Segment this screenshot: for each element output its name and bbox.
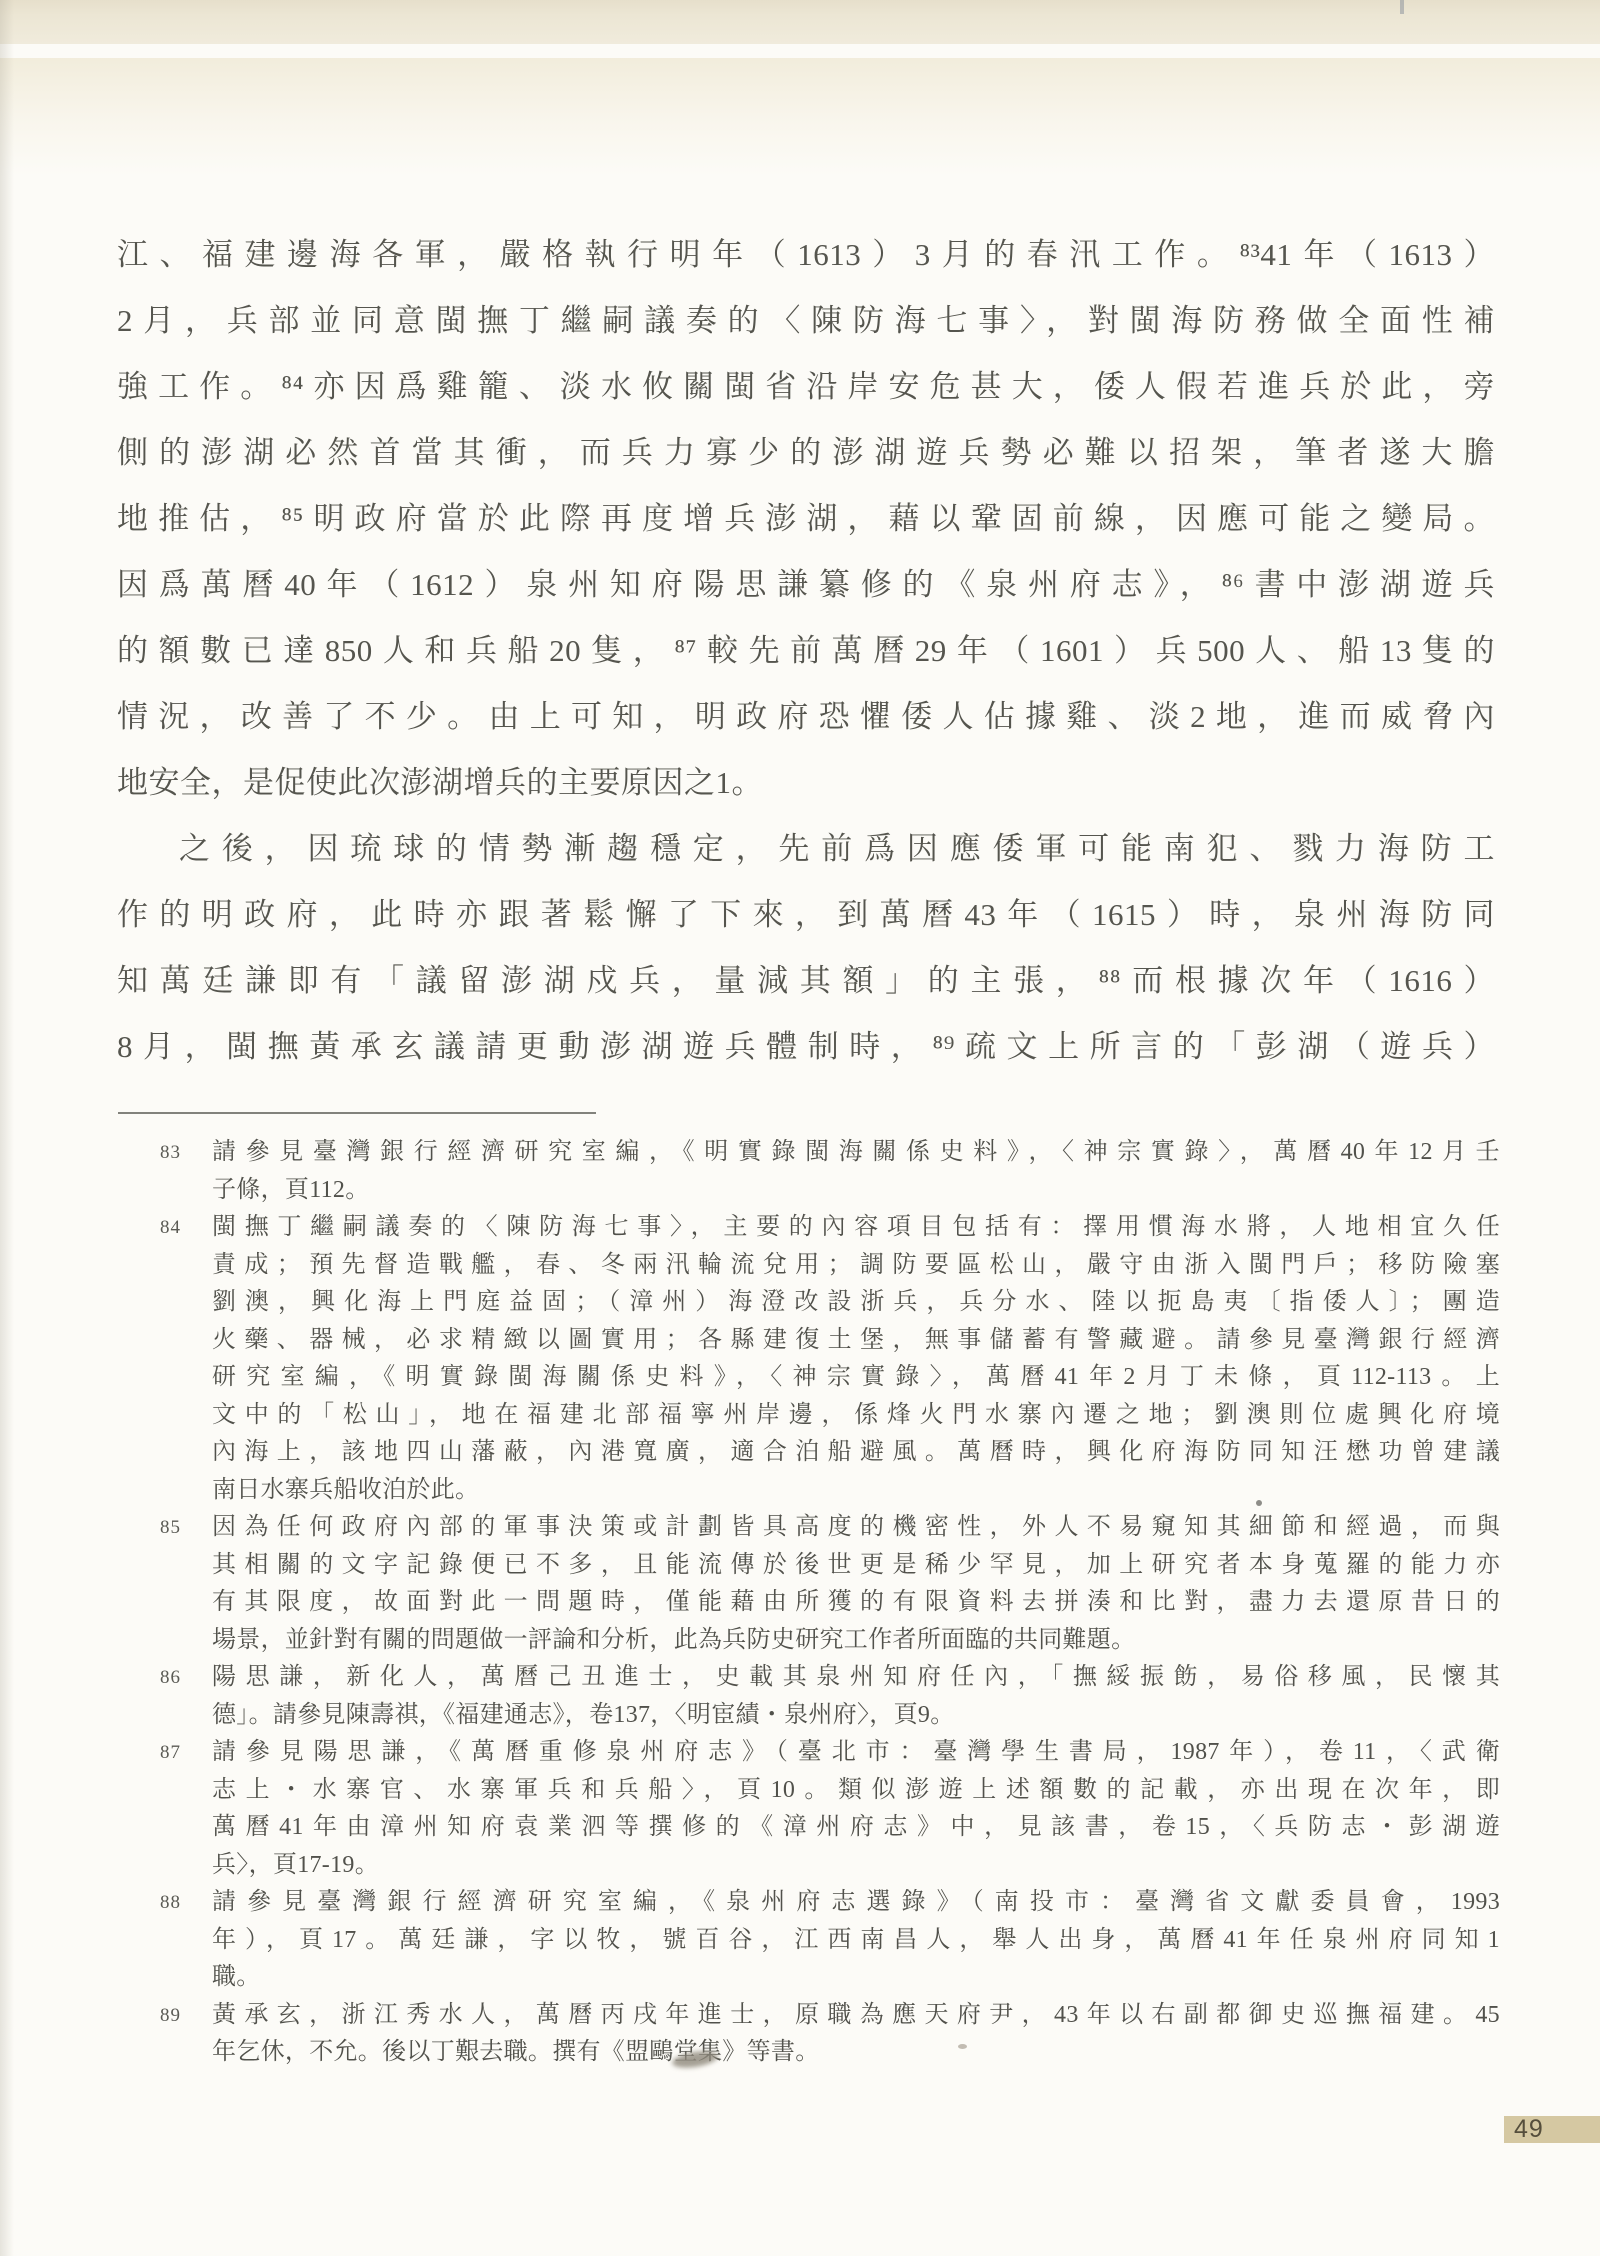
main-text-line: 知萬廷謙即有「議留澎湖戍兵，量減其額」的主張，⁸⁸而根據次年（1616） — [117, 948, 1495, 1014]
footnote-line: 責成；預先督造戰艦，春、冬兩汛輪流兌用；調防要區松山，嚴守由浙入閩門戶；移防險塞 — [212, 1247, 1500, 1285]
footnote-line: 子條，頁112。 — [212, 1172, 1500, 1210]
footnote-line: 請參見臺灣銀行經濟研究室編，《泉州府志選錄》（南投市：臺灣省文獻委員會，1993 — [212, 1884, 1500, 1922]
footnote-text: 閩撫丁繼嗣議奏的〈陳防海七事〉，主要的內容項目包括有：擇用慣海水將，人地相宜久任… — [212, 1209, 1500, 1509]
footnote-line: 志上・水寨官、水寨軍兵和兵船〉，頁10。類似澎遊上述額數的記載，亦出現在次年，即 — [212, 1772, 1500, 1810]
footnote-line: 劉澳，興化海上門庭益固；（漳州）海澄改設浙兵，兵分水、陸以扼島夷〔指倭人〕；團造 — [212, 1284, 1500, 1322]
footnote-line: 內海上，該地四山藩蔽，內港寬廣，適合泊船避風。萬曆時，興化府海防同知汪懋功曾建議 — [212, 1434, 1500, 1472]
main-text-line: 的額數已達850人和兵船20隻，⁸⁷較先前萬曆29年（1601）兵500人、船1… — [117, 618, 1495, 684]
scanned-page: 江、福建邊海各軍，嚴格執行明年（1613）3月的春汛工作。⁸³41年（1613）… — [0, 0, 1600, 2256]
footnote-line: 職。 — [212, 1959, 1500, 1997]
footnote-88: 88 請參見臺灣銀行經濟研究室編，《泉州府志選錄》（南投市：臺灣省文獻委員會，1… — [117, 1884, 1500, 1997]
footnote-line: 年），頁17。萬廷謙，字以牧，號百谷，江西南昌人，舉人出身，萬曆41年任泉州府同… — [212, 1922, 1500, 1960]
footnote-line: 閩撫丁繼嗣議奏的〈陳防海七事〉，主要的內容項目包括有：擇用慣海水將，人地相宜久任 — [212, 1209, 1500, 1247]
footnote-number: 86 — [160, 1659, 212, 1734]
footnote-text: 請參見陽思謙，《萬曆重修泉州府志》（臺北市：臺灣學生書局，1987年），卷11，… — [212, 1734, 1500, 1884]
main-text-line: 地安全，是促使此次澎湖增兵的主要原因之1。 — [117, 750, 1495, 816]
footnote-line: 火藥、器械，必求精緻以圖實用；各縣建復土堡，無事儲蓄有警藏避。請參見臺灣銀行經濟 — [212, 1322, 1500, 1360]
footnote-line: 場景，並針對有關的問題做一評論和分析，此為兵防史研究工作者所面臨的共同難題。 — [212, 1622, 1500, 1660]
footnote-86: 86 陽思謙，新化人，萬曆己丑進士，史載其泉州知府任內，「撫綏振飭，易俗移風，民… — [117, 1659, 1500, 1734]
footnotes: 83 請參見臺灣銀行經濟研究室編，《明實錄閩海關係史料》，〈神宗實錄〉，萬曆40… — [117, 1134, 1500, 2072]
footnote-line: 南日水寨兵船收泊於此。 — [212, 1472, 1500, 1510]
footnote-text: 陽思謙，新化人，萬曆己丑進士，史載其泉州知府任內，「撫綏振飭，易俗移風，民懷其 … — [212, 1659, 1500, 1734]
footnote-number: 87 — [160, 1734, 212, 1884]
footnote-text: 請參見臺灣銀行經濟研究室編，《明實錄閩海關係史料》，〈神宗實錄〉，萬曆40年12… — [212, 1134, 1500, 1209]
footnote-number: 88 — [160, 1884, 212, 1997]
footnote-line: 陽思謙，新化人，萬曆己丑進士，史載其泉州知府任內，「撫綏振飭，易俗移風，民懷其 — [212, 1659, 1500, 1697]
footnote-line: 萬曆41年由漳州知府袁業泗等撰修的《漳州府志》中，見該書，卷15，〈兵防志・彭湖… — [212, 1809, 1500, 1847]
footnote-85: 85 因為任何政府內部的軍事決策或計劃皆具高度的機密性，外人不易窺知其細節和經過… — [117, 1509, 1500, 1659]
main-text-line: 8月，閩撫黃承玄議請更動澎湖遊兵體制時，⁸⁹疏文上所言的「彭湖（遊兵） — [117, 1014, 1495, 1080]
footnote-line: 因為任何政府內部的軍事決策或計劃皆具高度的機密性，外人不易窺知其細節和經過，而與 — [212, 1509, 1500, 1547]
scan-speck — [958, 2044, 967, 2049]
footnote-83: 83 請參見臺灣銀行經濟研究室編，《明實錄閩海關係史料》，〈神宗實錄〉，萬曆40… — [117, 1134, 1500, 1209]
footnote-text: 請參見臺灣銀行經濟研究室編，《泉州府志選錄》（南投市：臺灣省文獻委員會，1993… — [212, 1884, 1500, 1997]
footnote-number: 83 — [160, 1134, 212, 1209]
footnote-line: 兵〉，頁17-19。 — [212, 1847, 1500, 1885]
footnote-number: 85 — [160, 1509, 212, 1659]
main-text-line: 2月，兵部並同意閩撫丁繼嗣議奏的〈陳防海七事〉，對閩海防務做全面性補 — [117, 288, 1495, 354]
footnote-line: 黃承玄，浙江秀水人，萬曆丙戌年進士，原職為應天府尹，43年以右副都御史巡撫福建。… — [212, 1997, 1500, 2035]
page-number-badge: 49 — [1504, 2116, 1600, 2143]
main-text-line: 強工作。⁸⁴亦因爲雞籠、淡水攸關閩省沿岸安危甚大，倭人假若進兵於此，旁 — [117, 354, 1495, 420]
footnote-line: 請參見臺灣銀行經濟研究室編，《明實錄閩海關係史料》，〈神宗實錄〉，萬曆40年12… — [212, 1134, 1500, 1172]
footnote-89: 89 黃承玄，浙江秀水人，萬曆丙戌年進士，原職為應天府尹，43年以右副都御史巡撫… — [117, 1997, 1500, 2072]
footnote-text: 因為任何政府內部的軍事決策或計劃皆具高度的機密性，外人不易窺知其細節和經過，而與… — [212, 1509, 1500, 1659]
footnote-text: 黃承玄，浙江秀水人，萬曆丙戌年進士，原職為應天府尹，43年以右副都御史巡撫福建。… — [212, 1997, 1500, 2072]
scan-artifact-top-band — [0, 0, 1600, 44]
footnote-line: 研究室編，《明實錄閩海關係史料》，〈神宗實錄〉，萬曆41年2月丁未條，頁112-… — [212, 1359, 1500, 1397]
scan-speck — [1256, 1500, 1262, 1506]
main-text: 江、福建邊海各軍，嚴格執行明年（1613）3月的春汛工作。⁸³41年（1613）… — [117, 222, 1495, 1080]
page-number: 49 — [1514, 2115, 1544, 2143]
scan-artifact-tick — [1400, 0, 1404, 14]
footnote-line: 文中的「松山」，地在福建北部福寧州岸邊，係烽火門水寨內遷之地；劉澳則位處興化府境 — [212, 1397, 1500, 1435]
footnote-line: 年乞休，不允。後以丁艱去職。撰有《盟鷗堂集》等書。 — [212, 2034, 1500, 2072]
main-text-line: 地推估，⁸⁵明政府當於此際再度增兵澎湖，藉以鞏固前線，因應可能之變局。 — [117, 486, 1495, 552]
main-text-line: 之後，因琉球的情勢漸趨穩定，先前爲因應倭軍可能南犯、戮力海防工 — [117, 816, 1495, 882]
footnote-84: 84 閩撫丁繼嗣議奏的〈陳防海七事〉，主要的內容項目包括有：擇用慣海水將，人地相… — [117, 1209, 1500, 1509]
footnote-line: 請參見陽思謙，《萬曆重修泉州府志》（臺北市：臺灣學生書局，1987年），卷11，… — [212, 1734, 1500, 1772]
main-text-line: 作的明政府，此時亦跟著鬆懈了下來，到萬曆43年（1615）時，泉州海防同 — [117, 882, 1495, 948]
footnote-number: 89 — [160, 1997, 212, 2072]
scan-artifact-mottled-band — [0, 58, 1600, 176]
scan-artifact-left-edge — [0, 0, 14, 2256]
footnote-line: 其相關的文字記錄便已不多，且能流傳於後世更是稀少罕見，加上研究者本身蒐羅的能力亦 — [212, 1547, 1500, 1585]
main-text-line: 情況，改善了不少。由上可知，明政府恐懼倭人佔據雞、淡2地，進而威脅內 — [117, 684, 1495, 750]
main-text-line: 因爲萬曆40年（1612）泉州知府陽思謙纂修的《泉州府志》，⁸⁶書中澎湖遊兵 — [117, 552, 1495, 618]
main-text-line: 江、福建邊海各軍，嚴格執行明年（1613）3月的春汛工作。⁸³41年（1613） — [117, 222, 1495, 288]
footnote-line: 德」。請參見陳壽祺，《福建通志》，卷137，〈明宦績・泉州府〉，頁9。 — [212, 1697, 1500, 1735]
footnote-87: 87 請參見陽思謙，《萬曆重修泉州府志》（臺北市：臺灣學生書局，1987年），卷… — [117, 1734, 1500, 1884]
footnote-separator-rule — [118, 1112, 596, 1114]
main-text-line: 側的澎湖必然首當其衝，而兵力寡少的澎湖遊兵勢必難以招架，筆者遂大膽 — [117, 420, 1495, 486]
footnote-number: 84 — [160, 1209, 212, 1509]
footnote-line: 有其限度，故面對此一問題時，僅能藉由所獲的有限資料去拼湊和比對，盡力去還原昔日的 — [212, 1584, 1500, 1622]
